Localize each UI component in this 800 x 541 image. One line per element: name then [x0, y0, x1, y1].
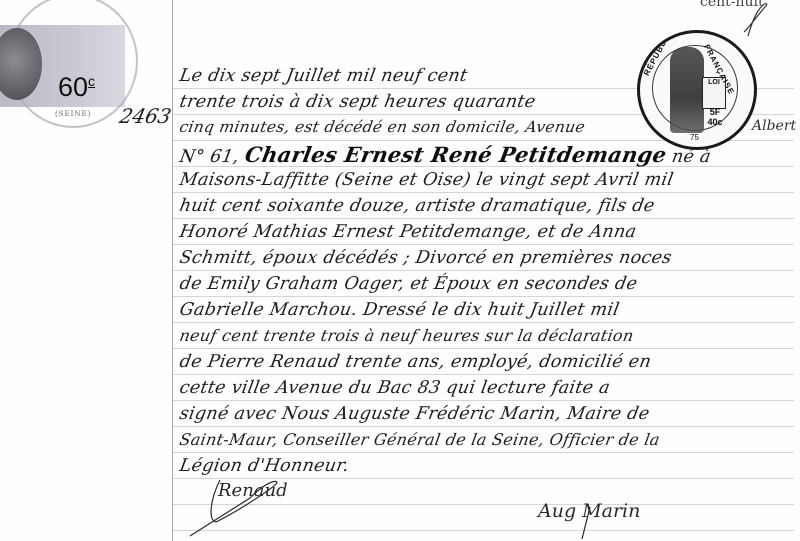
signature-flourish-icon — [180, 470, 290, 540]
text-line-11: neuf cent trente trois à neuf heures sur… — [178, 326, 635, 345]
ruled-line — [173, 374, 794, 375]
ruled-line — [173, 270, 794, 271]
seal-price: 5F 40c — [704, 107, 726, 127]
stamp-label: (SEINE) — [55, 110, 91, 118]
seal-number: 75 — [690, 133, 699, 142]
ruled-line — [173, 322, 794, 323]
text-line-12: de Pierre Renaud trente ans, employé, do… — [178, 352, 653, 372]
text-line-10: Gabrielle Marchou. Dressé le dix huit Ju… — [178, 300, 621, 320]
republique-francaise-seal: LOI 5F 40c RÉPUBLIQUE FRANÇAISE 75 — [637, 30, 757, 150]
address-number: N° 61, — [178, 147, 241, 167]
text-line-3: cinq minutes, est décédé en son domicile… — [178, 118, 587, 136]
document-page: cent-huit 60c (SEINE) 2463 LOI 5F 40c RÉ — [0, 0, 800, 541]
pen-flourish-icon — [740, 2, 770, 42]
text-line-14: signé avec Nous Auguste Frédéric Marin, … — [178, 404, 651, 424]
ruled-line — [173, 296, 794, 297]
text-line-8: Schmitt, époux décédés ; Divorcé en prem… — [178, 248, 673, 268]
ruled-line — [173, 426, 794, 427]
fiscal-stamp: 60c (SEINE) — [0, 0, 140, 155]
ruled-line — [173, 244, 794, 245]
stamp-value: 60c — [58, 72, 95, 103]
name-line: N° 61, Charles Ernest René Petitdemange … — [178, 142, 713, 167]
mayor-signature-stroke-icon — [560, 505, 620, 541]
ruled-line — [173, 452, 794, 453]
text-line-6: huit cent soixante douze, artiste dramat… — [178, 196, 656, 216]
deceased-name: Charles Ernest René Petitdemange — [243, 142, 669, 167]
entry-number: 2463 — [117, 104, 173, 128]
margin-note-albert: Albert — [752, 118, 796, 134]
marianne-figure-icon — [670, 47, 704, 133]
ruled-line — [173, 400, 794, 401]
ruled-line — [173, 218, 794, 219]
ruled-line — [173, 192, 794, 193]
ruled-line — [173, 348, 794, 349]
text-line-9: de Emily Graham Oager, et Époux en secon… — [178, 274, 639, 294]
text-line-13: cette ville Avenue du Bac 83 qui lecture… — [178, 378, 612, 398]
text-line-1: Le dix sept Juillet mil neuf cent — [178, 66, 469, 86]
text-line-2: trente trois à dix sept heures quarante — [178, 92, 537, 112]
text-line-7: Honoré Mathias Ernest Petitdemange, et d… — [178, 222, 638, 242]
text-line-15: Saint-Maur, Conseiller Général de la Sei… — [178, 430, 661, 449]
text-line-5: Maisons-Laffitte (Seine et Oise) le ving… — [178, 170, 675, 190]
born-at: né à — [670, 147, 712, 167]
